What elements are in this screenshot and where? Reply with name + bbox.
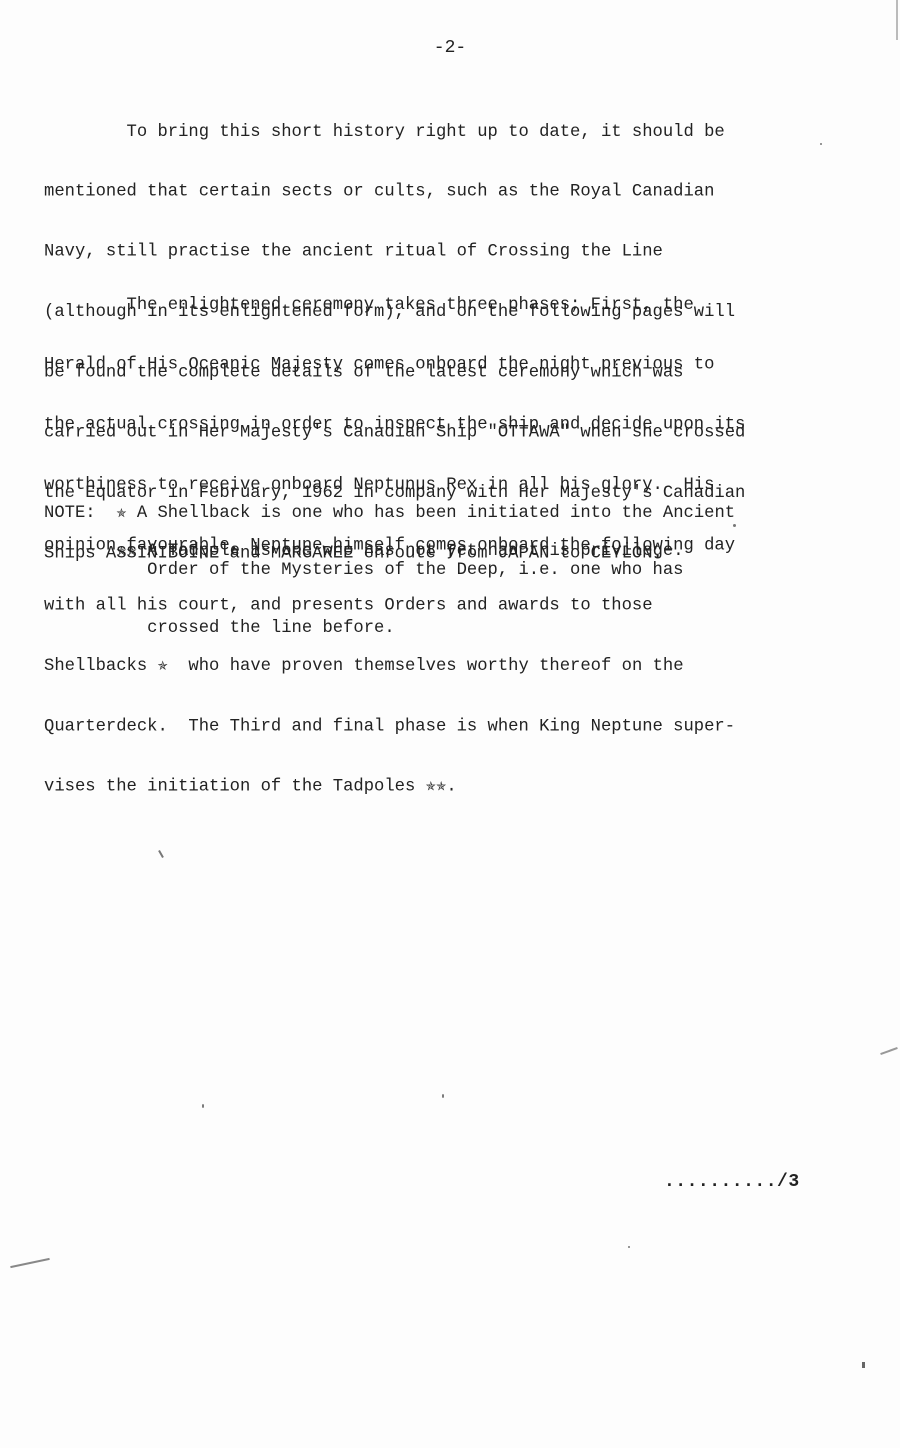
text-line: Order of the Mysteries of the Deep, i.e.… (44, 561, 844, 580)
text-line: Quarterdeck. The Third and final phase i… (44, 717, 844, 737)
scan-speck (202, 1104, 204, 1108)
text-line: the actual crossing in order to inspect … (44, 416, 844, 436)
scan-speck (442, 1094, 444, 1098)
note-shellback: NOTE: ✯ A Shellback is one who has been … (44, 465, 844, 677)
scan-edge-mark (880, 1047, 898, 1055)
text-line: NOTE: ✯ A Shellback is one who has been … (44, 504, 844, 523)
scan-speck (628, 1246, 630, 1248)
scan-speck (733, 524, 736, 527)
scan-edge-mark (896, 0, 898, 40)
document-page: -2- To bring this short history right up… (0, 0, 900, 1448)
scan-speck (820, 143, 822, 145)
text-line: vises the initiation of the Tadpoles ✯✯. (44, 777, 844, 797)
text-line: crossed the line before. (44, 619, 844, 638)
text-line: Herald of His Oceanic Majesty comes onbo… (44, 355, 844, 375)
text-line: mentioned that certain sects or cults, s… (44, 182, 844, 202)
text-line: The enlightened ceremony takes three pha… (44, 295, 844, 315)
scan-edge-mark (862, 1362, 865, 1368)
scan-speck (158, 850, 164, 858)
scan-edge-mark (10, 1258, 50, 1268)
page-number: -2- (0, 38, 900, 58)
note-tadpole: ✯✯ A Tadpole is one who has not yet had … (44, 542, 684, 561)
continuation-marker: ........../3 (664, 1172, 800, 1192)
text-line: To bring this short history right up to … (44, 122, 844, 142)
